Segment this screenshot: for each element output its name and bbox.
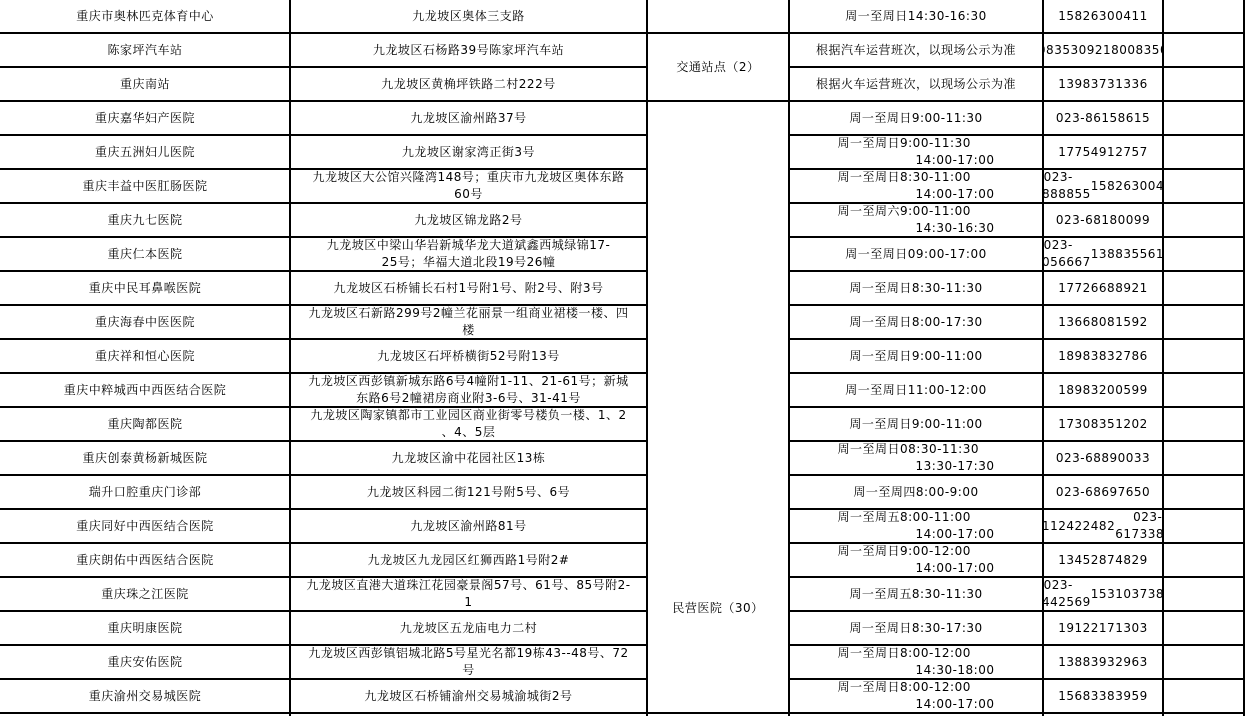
hours-text: 周一至周日8:30-11:30 xyxy=(849,280,982,297)
phone-number: 15683383959 xyxy=(1058,688,1147,705)
hours-line: 13:30-17:30 xyxy=(838,458,995,475)
address-cell[interactable]: 九龙坡区石杨路39号陈家坪汽车站 xyxy=(290,33,647,67)
notes-cell[interactable] xyxy=(1163,67,1244,101)
phone-number: 13983731336 xyxy=(1058,76,1147,93)
site-name-cell[interactable]: 瑞升口腔重庆门诊部 xyxy=(0,475,290,509)
hours-cell[interactable]: 根据汽车运营班次，以现场公示为准 xyxy=(789,33,1043,67)
hours-text: 根据火车运营班次，以现场公示为准 xyxy=(816,76,1016,93)
hours-text: 周一至周五8:30-11:30 xyxy=(849,586,982,603)
phone-number: 023-68890033 xyxy=(1056,450,1150,467)
notes-cell[interactable] xyxy=(1163,645,1244,679)
site-name-cell[interactable]: 重庆珠之江医院 xyxy=(0,577,290,611)
row-divider xyxy=(290,712,648,714)
hours-cell[interactable]: 根据火车运营班次，以现场公示为准 xyxy=(789,67,1043,101)
category-cell[interactable]: 民营医院（30） xyxy=(647,101,789,713)
hours-lines: 周一至周日08:30-11:3013:30-17:30 xyxy=(838,441,995,475)
hours-line: 14:00-17:00 xyxy=(838,560,995,577)
address-cell[interactable]: 九龙坡区石坪桥横街52号附13号 xyxy=(290,339,647,373)
phone-cell[interactable]: 19112422482023-61733838 xyxy=(1043,509,1163,543)
hours-lines: 周一至周六9:00-11:0014:30-16:30 xyxy=(838,203,995,237)
hours-cell[interactable]: 周一至周日9:00-11:30 xyxy=(789,101,1043,135)
notes-cell[interactable] xyxy=(1163,475,1244,509)
phone-number: 19122171303 xyxy=(1058,620,1147,637)
address-cell[interactable]: 九龙坡区九龙园区红狮西路1号附2# xyxy=(290,543,647,577)
hours-text: 周一至周日8:30-17:30 xyxy=(849,620,982,637)
address-cell[interactable]: 九龙坡区石桥铺渝州交易城渝城街2号 xyxy=(290,679,647,713)
phone-cell[interactable]: 1800835309218008350768 xyxy=(1043,33,1163,67)
site-name-cell[interactable]: 重庆同好中西医结合医院 xyxy=(0,509,290,543)
site-name-cell[interactable]: 重庆创泰黄杨新城医院 xyxy=(0,441,290,475)
notes-cell[interactable] xyxy=(1163,305,1244,339)
hours-cell[interactable]: 周一至周五8:30-11:30 xyxy=(789,577,1043,611)
address-cell[interactable]: 九龙坡区渝中花园社区13栋 xyxy=(290,441,647,475)
phone-cell[interactable]: 17726688921 xyxy=(1043,271,1163,305)
site-name-cell[interactable]: 重庆嘉华妇产医院 xyxy=(0,101,290,135)
site-name-cell[interactable]: 重庆朗佑中西医结合医院 xyxy=(0,543,290,577)
hours-text: 周一至周日09:00-17:00 xyxy=(845,246,987,263)
row-divider xyxy=(0,712,291,714)
address-cell[interactable]: 九龙坡区黄桷坪铁路二村222号 xyxy=(290,67,647,101)
row-divider xyxy=(1163,712,1245,714)
row-divider xyxy=(1043,712,1164,714)
spreadsheet-table: 重庆市奥林匹克体育中心九龙坡区奥体三支路周一至周日14:30-16:301582… xyxy=(0,0,1248,716)
hours-cell[interactable]: 周一至周六9:00-11:0014:30-16:30 xyxy=(789,203,1043,237)
hours-cell[interactable]: 周一至周日8:00-12:0014:30-18:00 xyxy=(789,645,1043,679)
site-name-cell[interactable]: 重庆祥和恒心医院 xyxy=(0,339,290,373)
phone-number: 18983832786 xyxy=(1058,348,1147,365)
phone-cell[interactable]: 18983832786 xyxy=(1043,339,1163,373)
hours-line: 周一至周日08:30-11:30 xyxy=(838,441,995,458)
phone-number: 023-68180099 xyxy=(1056,212,1150,229)
address-cell[interactable]: 九龙坡区石桥铺长石村1号附1号、附2号、附3号 xyxy=(290,271,647,305)
phone-number: 023-61733838 xyxy=(1115,509,1163,543)
column-divider xyxy=(1162,0,1164,716)
phone-number: 023-68888855 xyxy=(1043,169,1091,203)
hours-lines: 周一至周日8:00-12:0014:00-17:00 xyxy=(838,679,995,713)
phone-cell[interactable]: 19122171303 xyxy=(1043,611,1163,645)
category-cell[interactable]: 交通站点（2） xyxy=(647,33,789,101)
hours-line: 14:00-17:00 xyxy=(838,696,995,713)
notes-cell[interactable] xyxy=(1163,679,1244,713)
notes-cell[interactable] xyxy=(1163,441,1244,475)
column-divider xyxy=(1243,0,1245,716)
address-cell[interactable]: 九龙坡区渝州路81号 xyxy=(290,509,647,543)
phone-number: 023-68697650 xyxy=(1056,484,1150,501)
notes-cell[interactable] xyxy=(1163,611,1244,645)
hours-line: 周一至周日9:00-12:00 xyxy=(838,543,995,560)
phone-cell[interactable]: 023-6844256915310373882 xyxy=(1043,577,1163,611)
phone-cell[interactable]: 15826300411 xyxy=(1043,0,1163,33)
hours-text: 周一至周日9:00-11:00 xyxy=(849,348,982,365)
phone-cell[interactable]: 15683383959 xyxy=(1043,679,1163,713)
phone-cell[interactable]: 023-68697650 xyxy=(1043,475,1163,509)
phone-number: 15826300411 xyxy=(1091,178,1163,195)
notes-cell[interactable] xyxy=(1163,271,1244,305)
hours-cell[interactable]: 周一至周日8:00-12:0014:00-17:00 xyxy=(789,679,1043,713)
notes-cell[interactable] xyxy=(1163,339,1244,373)
phone-number: 023-65056667 xyxy=(1043,237,1091,271)
phone-number: 13883932963 xyxy=(1058,654,1147,671)
phone-cell[interactable]: 13983731336 xyxy=(1043,67,1163,101)
phone-number: 17754912757 xyxy=(1058,144,1147,161)
hours-cell[interactable]: 周一至周五8:00-11:0014:00-17:00 xyxy=(789,509,1043,543)
column-divider xyxy=(646,0,648,716)
phone-cell[interactable]: 18983200599 xyxy=(1043,373,1163,407)
phone-cell[interactable]: 023-68890033 xyxy=(1043,441,1163,475)
site-name-cell[interactable]: 重庆安佑医院 xyxy=(0,645,290,679)
site-name-cell[interactable]: 重庆仁本医院 xyxy=(0,237,290,271)
site-name-cell[interactable]: 重庆九七医院 xyxy=(0,203,290,237)
phone-number: 19112422482 xyxy=(1043,518,1115,535)
notes-cell[interactable] xyxy=(1163,543,1244,577)
hours-text: 周一至周日14:30-16:30 xyxy=(845,8,987,25)
phone-cell[interactable]: 023-86158615 xyxy=(1043,101,1163,135)
hours-text: 周一至周日8:00-17:30 xyxy=(849,314,982,331)
phone-number: 18008350768 xyxy=(1103,42,1163,59)
row-divider xyxy=(789,712,1044,714)
address-cell[interactable]: 九龙坡区石新路299号2幢兰花丽景一组商业裙楼一楼、四 楼 xyxy=(290,305,647,339)
phone-cell[interactable]: 023-6505666713883556159 xyxy=(1043,237,1163,271)
phone-number: 17726688921 xyxy=(1058,280,1147,297)
column-divider xyxy=(289,0,291,716)
hours-cell[interactable]: 周一至周日9:00-11:00 xyxy=(789,339,1043,373)
phone-number: 17308351202 xyxy=(1058,416,1147,433)
address-cell[interactable]: 九龙坡区西彭镇新城东路6号4幢附1-11、21-61号；新城 东路6号2幢裙房商… xyxy=(290,373,647,407)
phone-cell[interactable]: 13668081592 xyxy=(1043,305,1163,339)
hours-text: 周一至周日11:00-12:00 xyxy=(845,382,987,399)
hours-lines: 周一至周日9:00-11:3014:00-17:00 xyxy=(838,135,995,169)
notes-cell[interactable] xyxy=(1163,33,1244,67)
hours-line: 14:30-18:00 xyxy=(838,662,995,679)
address-cell[interactable]: 九龙坡区直港大道珠江花园豪景阁57号、61号、85号附2- 1 xyxy=(290,577,647,611)
hours-line: 14:00-17:00 xyxy=(838,526,995,543)
site-name-cell[interactable]: 重庆渝州交易城医院 xyxy=(0,679,290,713)
site-name-cell[interactable]: 重庆陶都医院 xyxy=(0,407,290,441)
hours-line: 周一至周六9:00-11:00 xyxy=(838,203,995,220)
hours-text: 周一至周日9:00-11:30 xyxy=(849,110,982,127)
site-name-cell[interactable]: 重庆中民耳鼻喉医院 xyxy=(0,271,290,305)
notes-cell[interactable] xyxy=(1163,577,1244,611)
hours-cell[interactable]: 周一至周日9:00-12:0014:00-17:00 xyxy=(789,543,1043,577)
category-divider xyxy=(647,712,790,714)
address-cell[interactable]: 九龙坡区谢家湾正街3号 xyxy=(290,135,647,169)
site-name-cell[interactable]: 重庆市奥林匹克体育中心 xyxy=(0,0,290,33)
column-divider xyxy=(788,0,790,716)
notes-cell[interactable] xyxy=(1163,509,1244,543)
site-name-cell[interactable]: 重庆中粹城西中西医结合医院 xyxy=(0,373,290,407)
hours-lines: 周一至周日8:30-11:0014:00-17:00 xyxy=(838,169,995,203)
notes-cell[interactable] xyxy=(1163,101,1244,135)
address-cell[interactable]: 九龙坡区锦龙路2号 xyxy=(290,203,647,237)
site-name-cell[interactable]: 陈家坪汽车站 xyxy=(0,33,290,67)
notes-cell[interactable] xyxy=(1163,203,1244,237)
hours-text: 周一至周四8:00-9:00 xyxy=(853,484,978,501)
hours-cell[interactable]: 周一至周日11:00-12:00 xyxy=(789,373,1043,407)
hours-cell[interactable]: 周一至周日8:30-11:0014:00-17:00 xyxy=(789,169,1043,203)
site-name-cell[interactable]: 重庆南站 xyxy=(0,67,290,101)
hours-cell[interactable]: 周一至周日8:30-11:30 xyxy=(789,271,1043,305)
notes-cell[interactable] xyxy=(1163,373,1244,407)
address-cell[interactable]: 九龙坡区五龙庙电力二村 xyxy=(290,611,647,645)
address-cell[interactable]: 九龙坡区西彭镇铝城北路5号星光名都19栋43--48号、72 号 xyxy=(290,645,647,679)
hours-cell[interactable]: 周一至周日08:30-11:3013:30-17:30 xyxy=(789,441,1043,475)
phone-cell[interactable]: 023-6888885515826300411 xyxy=(1043,169,1163,203)
hours-line: 14:00-17:00 xyxy=(838,152,995,169)
phone-number: 15826300411 xyxy=(1058,8,1147,25)
notes-cell[interactable] xyxy=(1163,135,1244,169)
hours-lines: 周一至周日9:00-12:0014:00-17:00 xyxy=(838,543,995,577)
phone-number: 13883556159 xyxy=(1091,246,1163,263)
phone-cell[interactable]: 17754912757 xyxy=(1043,135,1163,169)
phone-number: 18008353092 xyxy=(1043,42,1103,59)
hours-line: 周一至周日8:00-12:00 xyxy=(838,679,995,696)
site-name-cell[interactable]: 重庆明康医院 xyxy=(0,611,290,645)
address-cell[interactable]: 九龙坡区大公馆兴隆湾148号；重庆市九龙坡区奥体东路 60号 xyxy=(290,169,647,203)
phone-number: 13668081592 xyxy=(1058,314,1147,331)
address-cell[interactable]: 九龙坡区陶家镇都市工业园区商业街零号楼负一楼、1、2 、4、5层 xyxy=(290,407,647,441)
site-name-cell[interactable]: 重庆五洲妇儿医院 xyxy=(0,135,290,169)
phone-cell[interactable]: 13452874829 xyxy=(1043,543,1163,577)
address-cell[interactable]: 九龙坡区中梁山华岩新城华龙大道斌鑫西城绿锦17- 25号；华福大道北段19号26… xyxy=(290,237,647,271)
hours-text: 周一至周日9:00-11:00 xyxy=(849,416,982,433)
hours-line: 14:00-17:00 xyxy=(838,186,995,203)
notes-cell[interactable] xyxy=(1163,0,1244,33)
column-divider xyxy=(1042,0,1044,716)
address-cell[interactable]: 九龙坡区奥体三支路 xyxy=(290,0,647,33)
phone-cell[interactable]: 13883932963 xyxy=(1043,645,1163,679)
hours-line: 周一至周日8:00-12:00 xyxy=(838,645,995,662)
phone-cell[interactable]: 17308351202 xyxy=(1043,407,1163,441)
hours-cell[interactable]: 周一至周日8:00-17:30 xyxy=(789,305,1043,339)
hours-lines: 周一至周日8:00-12:0014:30-18:00 xyxy=(838,645,995,679)
hours-cell[interactable]: 周一至周日09:00-17:00 xyxy=(789,237,1043,271)
address-cell[interactable]: 九龙坡区渝州路37号 xyxy=(290,101,647,135)
hours-line: 周一至周日8:30-11:00 xyxy=(838,169,995,186)
hours-line: 周一至周五8:00-11:00 xyxy=(838,509,995,526)
notes-cell[interactable] xyxy=(1163,169,1244,203)
hours-line: 周一至周日9:00-11:30 xyxy=(838,135,995,152)
hours-cell[interactable]: 周一至周日14:30-16:30 xyxy=(789,0,1043,33)
address-cell[interactable]: 九龙坡区科园二街121号附5号、6号 xyxy=(290,475,647,509)
notes-cell[interactable] xyxy=(1163,237,1244,271)
phone-number: 023-86158615 xyxy=(1056,110,1150,127)
hours-line: 14:30-16:30 xyxy=(838,220,995,237)
phone-number: 023-68442569 xyxy=(1043,577,1091,611)
notes-cell[interactable] xyxy=(1163,407,1244,441)
site-name-cell[interactable]: 重庆海春中医医院 xyxy=(0,305,290,339)
site-name-cell[interactable]: 重庆丰益中医肛肠医院 xyxy=(0,169,290,203)
phone-number: 18983200599 xyxy=(1058,382,1147,399)
hours-lines: 周一至周五8:00-11:0014:00-17:00 xyxy=(838,509,995,543)
hours-cell[interactable]: 周一至周日9:00-11:00 xyxy=(789,407,1043,441)
phone-cell[interactable]: 023-68180099 xyxy=(1043,203,1163,237)
phone-number: 15310373882 xyxy=(1091,586,1163,603)
hours-cell[interactable]: 周一至周四8:00-9:00 xyxy=(789,475,1043,509)
hours-text: 根据汽车运营班次，以现场公示为准 xyxy=(816,42,1016,59)
category-cell[interactable] xyxy=(647,0,789,33)
phone-number: 13452874829 xyxy=(1058,552,1147,569)
hours-cell[interactable]: 周一至周日8:30-17:30 xyxy=(789,611,1043,645)
hours-cell[interactable]: 周一至周日9:00-11:3014:00-17:00 xyxy=(789,135,1043,169)
